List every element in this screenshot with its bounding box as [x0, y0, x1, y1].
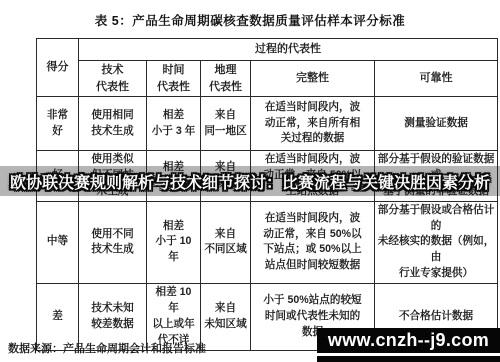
watermark-url: www.cnzh--j9.com [317, 328, 500, 353]
col-header-geo: 地理 代表性 [201, 61, 251, 97]
cell-tech: 使用不同 技术生成 [79, 201, 147, 283]
watermark-underline [317, 353, 500, 356]
cell-completeness: 在适当时间段内，波 动正常，来自所有相 关过程的数据 [251, 97, 375, 151]
cell-score: 非常 好 [37, 97, 79, 151]
data-source-caption: 数据来源：产品生命周期会计和报告标准 [8, 340, 206, 356]
col-header-time: 时间 代表性 [147, 61, 201, 97]
header-row-indicators: 技术 代表性 时间 代表性 地理 代表性 完整性 可靠性 [37, 61, 498, 97]
cell-reliability: 测量验证数据 [375, 97, 498, 151]
table-row-very-good: 非常 好 使用相同 技术生成 相差 小于 3 年 来自 同一地区 在适当时间段内… [37, 97, 498, 151]
table-row-medium: 中等 使用不同 技术生成 相差 小于 10 年 来自 不同区域 在适当时间段内，… [37, 201, 498, 283]
overlay-title-banner[interactable]: 欧协联决赛规则解析与技术细节探讨：比赛流程与关键决胜因素分析 [0, 166, 500, 196]
col-header-process-representativeness: 过程的代表性 [79, 39, 498, 61]
cell-tech: 使用相同 技术生成 [79, 97, 147, 151]
header-row-process: 得分 过程的代表性 [37, 39, 498, 61]
cell-time: 相差 小于 3 年 [147, 97, 201, 151]
cell-completeness: 在适当时间段内，波 动正常，来自 50%以 下站点；或 50%以上 站点但时间较… [251, 201, 375, 283]
col-header-completeness: 完整性 [251, 61, 375, 97]
col-header-score: 得分 [37, 39, 79, 97]
col-header-tech: 技术 代表性 [79, 61, 147, 97]
cell-time: 相差 小于 10 年 [147, 201, 201, 283]
cell-geo: 来自 未知区域 [201, 284, 251, 351]
page-title: 表 5：产品生命周期碳核查数据质量评估样本评分标准 [0, 11, 500, 29]
overlay-banner-text: 欧协联决赛规则解析与技术细节探讨：比赛流程与关键决胜因素分析 [10, 170, 490, 193]
watermark-box: www.cnzh--j9.com [317, 328, 500, 362]
col-header-reliability: 可靠性 [375, 61, 498, 97]
document-page: 表 5：产品生命周期碳核查数据质量评估样本评分标准 得分 过程的代表性 技术 代… [0, 0, 500, 362]
cell-geo: 来自 同一地区 [201, 97, 251, 151]
cell-score: 中等 [37, 201, 79, 283]
cell-geo: 来自 不同区域 [201, 201, 251, 283]
cell-reliability: 部分基于假设或合格估计的 未经核实的数据（例如，由 行业专家提供） [375, 201, 498, 283]
